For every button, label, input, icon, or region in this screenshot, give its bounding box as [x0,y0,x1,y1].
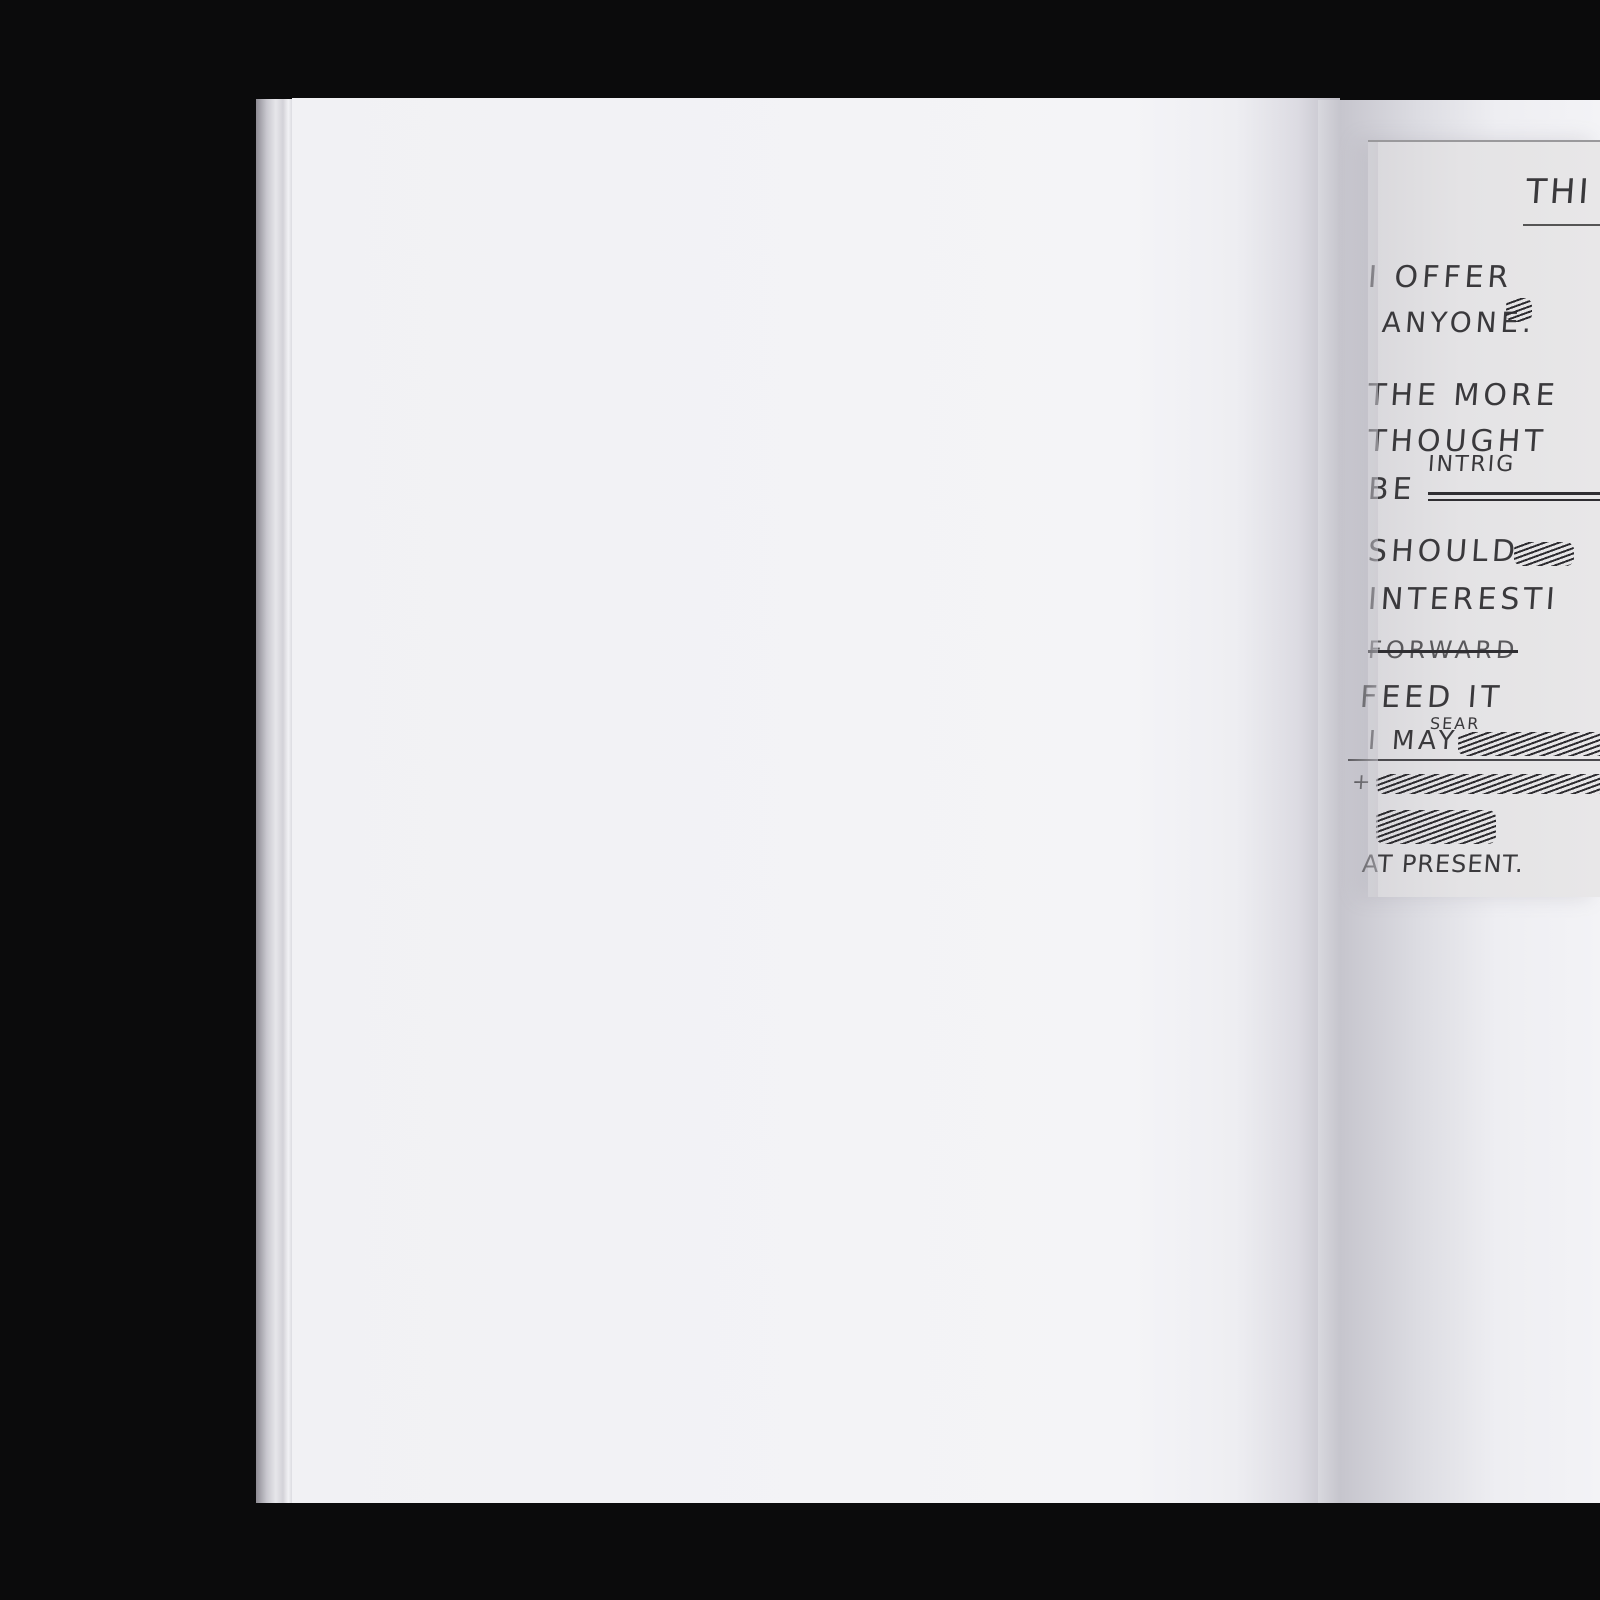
note-line-10: I MAY [1367,726,1459,756]
note-line-3: THE MORE [1367,378,1560,413]
scribble-mark [1506,298,1532,322]
page-stack-edge [256,99,292,1503]
plus-marker: + [1351,770,1375,795]
note-line-5: BE [1367,472,1417,507]
scribble-mark [1376,774,1600,794]
scribble-mark [1458,732,1600,756]
handwritten-note: THI I OFFER ANYONE. THE MORE THOUGHT INT… [1368,140,1600,897]
strikethrough [1428,499,1600,501]
scribble-mark [1514,542,1574,566]
book-spread: THI I OFFER ANYONE. THE MORE THOUGHT INT… [0,0,1600,1600]
scribble-mark [1376,810,1496,844]
title-underline [1523,224,1600,226]
left-page-blank [292,98,1340,1503]
note-line-9: FEED IT [1359,680,1504,715]
note-line-6: SHOULD [1367,534,1520,569]
strikethrough [1428,492,1600,495]
note-title: THI [1525,172,1593,212]
note-line-7: INTERESTI [1367,582,1560,617]
note-line-11: AT PRESENT. [1361,850,1525,878]
note-line-1: I OFFER [1367,260,1514,295]
strikethrough [1368,650,1518,653]
note-divider [1348,759,1600,761]
insertion-intrig: INTRIG [1427,452,1516,477]
